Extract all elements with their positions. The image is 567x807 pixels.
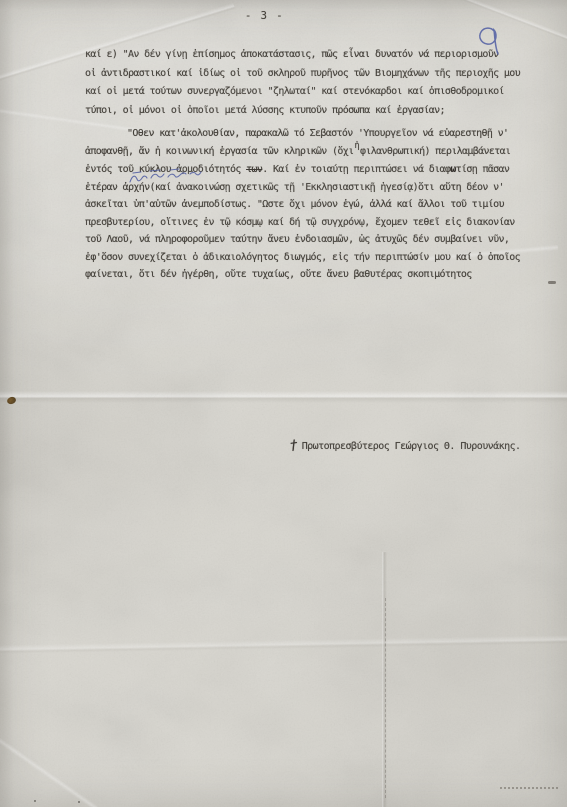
typed-line: ἀσκεῖται ὑπ'αὐτῶν ἀνεμποδίστως. "Ωστε ὄχ… (85, 196, 520, 214)
typed-segment: ἐντός τοῦ κύκλου ἁρμοδιότητός (85, 164, 246, 175)
typed-line: καί ε) "Αν δέν γίνῃ ἐπίσημος ἀποκατάστασ… (85, 46, 520, 65)
page-edge-shadow-top (0, 0, 567, 10)
typed-line: πρεσβυτερίου, οἵτινες ἐν τῷ κόσμῳ καί δή… (85, 214, 520, 232)
typed-line: ἀποφανθῇ, ἄν ἡ κοινωνική ἐργασία τῶν κλη… (85, 143, 520, 162)
typed-line: ἐντός τοῦ κύκλου ἁρμοδιότητός των. Καί ἐ… (85, 161, 520, 179)
page-number: - 3 - (245, 10, 284, 22)
typed-line: καί οἱ μετά τούτων συνεργαζόμενοι "ζηλωτ… (85, 83, 520, 102)
typed-line: ἑτέραν ἀρχήν(καί ἀνακοινώσῃ σχετικῶς τῇ … (85, 179, 520, 197)
typed-segment: . Καί ἐν τοιαύτῃ περιπτώσει νά διαφ (262, 164, 450, 175)
paper-speck (34, 800, 36, 802)
scanned-document-page: - 3 - καί ε) "Αν δέν γίνῃ ἐπίσημος ἀποκα… (0, 0, 567, 807)
ink-stain (6, 396, 17, 406)
typed-line: οἱ ἀντιδραστικοί καί ἰδίως οἱ τοῦ σκληρο… (85, 65, 520, 84)
fold-crease-vertical-dashes (385, 598, 386, 798)
wrinkle-top-right (442, 0, 567, 50)
typed-text-block: καί ε) "Αν δέν γίνῃ ἐπίσημος ἀποκατάστασ… (85, 46, 520, 284)
signature-line: †Πρωτοπρεσβύτερος Γεώργιος Θ. Πυρουνάκης… (290, 438, 521, 452)
typed-line: τοῦ Λαοῦ, νά πληροφοροῦμεν ταύτην ἄνευ ἐ… (85, 231, 520, 249)
typed-segment: ἀποφανθῇ, ἄν ἡ κοινωνική ἐργασία τῶν κλη… (85, 146, 354, 157)
wrinkle-bottom (0, 635, 567, 654)
signature-name: Πρωτοπρεσβύτερος Γεώργιος Θ. Πυρουνάκης. (302, 441, 521, 452)
paragraph-1: καί ε) "Αν δέν γίνῃ ἐπίσημος ἀποκατάστασ… (85, 46, 520, 120)
handwritten-cross-icon: † (289, 436, 299, 453)
typed-line: τύποι, οἱ μόνοι οἱ ὁποῖοι μετά λύσσης κτ… (85, 102, 520, 121)
typed-line: ἐφ'ὅσον συνεχίζεται ὁ ἀδικαιολόγητος διω… (85, 249, 520, 267)
pencil-dash-mark (548, 281, 556, 284)
dotted-marks-bottom-right (500, 787, 558, 789)
typed-line: "Οθεν κατ'ἀκολουθίαν, παρακαλῶ τό Σεβαστ… (85, 125, 520, 143)
fold-crease-horizontal (0, 391, 567, 403)
typed-line: φαίνεται, ὅτι δέν ἠγέρθη, οὔτε τυχαίως, … (85, 266, 520, 284)
wrinkle-bottom-left (0, 731, 98, 807)
typed-segment: φιλανθρωπική) περιλαμβάνεται (360, 146, 510, 157)
fold-crease-vertical (382, 552, 387, 807)
typed-segment: τίσῃ πᾶσαν (456, 164, 510, 175)
struck-out-word: των (246, 164, 262, 175)
paragraph-2: "Οθεν κατ'ἀκολουθίαν, παρακαλῶ τό Σεβαστ… (85, 125, 520, 284)
typed-insertion-above-line: ἡ (355, 138, 359, 156)
paper-speck (78, 801, 80, 803)
